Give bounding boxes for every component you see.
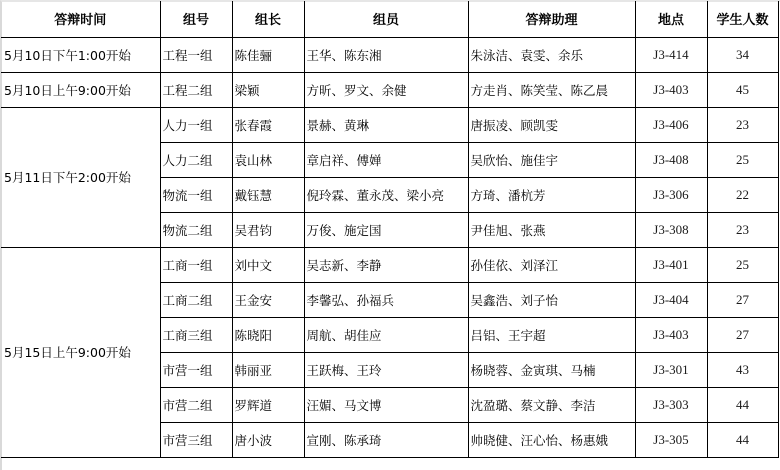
cell-location[interactable]: J3-301 xyxy=(635,352,707,387)
cell-members[interactable]: 景赫、黄琳 xyxy=(304,107,468,142)
cell-leader[interactable]: 王金安 xyxy=(232,282,304,317)
cell-location[interactable]: J3-401 xyxy=(635,247,707,282)
cell-time-merged[interactable]: 5月11日下午2:00开始 xyxy=(1,107,160,247)
cell-leader[interactable]: 戴钰慧 xyxy=(232,177,304,212)
cell-students[interactable]: 27 xyxy=(707,282,778,317)
cell-leader[interactable]: 梁颖 xyxy=(232,72,304,107)
cell-leader[interactable]: 韩丽亚 xyxy=(232,352,304,387)
cell-leader[interactable]: 袁山林 xyxy=(232,142,304,177)
cell-students[interactable]: 43 xyxy=(707,352,778,387)
cell-location[interactable]: J3-404 xyxy=(635,282,707,317)
cell-assistants[interactable]: 方琦、潘杭芳 xyxy=(468,177,635,212)
header-assistants[interactable]: 答辩助理 xyxy=(468,1,635,37)
table-row: 5月10日下午1:00开始 工程一组 陈佳骊 王华、陈东湘 朱泳洁、袁雯、余乐 … xyxy=(1,37,778,72)
cell-members[interactable]: 汪媚、马文博 xyxy=(304,387,468,422)
header-row: 答辩时间 组号 组长 组员 答辩助理 地点 学生人数 xyxy=(1,1,778,37)
cell-leader[interactable]: 唐小波 xyxy=(232,422,304,457)
cell-students[interactable]: 45 xyxy=(707,72,778,107)
cell-students[interactable]: 22 xyxy=(707,177,778,212)
cell-group[interactable]: 市营三组 xyxy=(160,422,232,457)
cell-location[interactable]: J3-303 xyxy=(635,387,707,422)
cell-time[interactable]: 5月10日下午1:00开始 xyxy=(1,37,160,72)
header-members[interactable]: 组员 xyxy=(304,1,468,37)
cell-members[interactable]: 王跃梅、王玲 xyxy=(304,352,468,387)
cell-students[interactable]: 44 xyxy=(707,422,778,457)
cell-location[interactable]: J3-308 xyxy=(635,212,707,247)
cell-group[interactable]: 工商三组 xyxy=(160,317,232,352)
defense-schedule-table: 答辩时间 组号 组长 组员 答辩助理 地点 学生人数 5月10日下午1:00开始… xyxy=(1,1,779,458)
cell-assistants[interactable]: 孙佳依、刘泽江 xyxy=(468,247,635,282)
cell-members[interactable]: 章启祥、傅婵 xyxy=(304,142,468,177)
cell-leader[interactable]: 陈晓阳 xyxy=(232,317,304,352)
cell-leader[interactable]: 刘中文 xyxy=(232,247,304,282)
table-row: 5月11日下午2:00开始 人力一组 张春霞 景赫、黄琳 唐振凌、顾凯雯 J3-… xyxy=(1,107,778,142)
cell-assistants[interactable]: 吴鑫浩、刘子怡 xyxy=(468,282,635,317)
cell-students[interactable]: 25 xyxy=(707,247,778,282)
cell-time-merged[interactable]: 5月15日上午9:00开始 xyxy=(1,247,160,457)
header-students[interactable]: 学生人数 xyxy=(707,1,778,37)
cell-members[interactable]: 万俊、施定国 xyxy=(304,212,468,247)
cell-assistants[interactable]: 沈盈璐、蔡文静、李洁 xyxy=(468,387,635,422)
cell-group[interactable]: 人力二组 xyxy=(160,142,232,177)
cell-group[interactable]: 物流二组 xyxy=(160,212,232,247)
cell-group[interactable]: 市营二组 xyxy=(160,387,232,422)
cell-location[interactable]: J3-406 xyxy=(635,107,707,142)
cell-assistants[interactable]: 方走肖、陈笑莹、陈乙晨 xyxy=(468,72,635,107)
cell-assistants[interactable]: 杨晓蓉、金寅琪、马楠 xyxy=(468,352,635,387)
table-row: 5月15日上午9:00开始 工商一组 刘中文 吴志新、李静 孙佳依、刘泽江 J3… xyxy=(1,247,778,282)
header-time[interactable]: 答辩时间 xyxy=(1,1,160,37)
cell-assistants[interactable]: 朱泳洁、袁雯、余乐 xyxy=(468,37,635,72)
cell-location[interactable]: J3-414 xyxy=(635,37,707,72)
cell-students[interactable]: 25 xyxy=(707,142,778,177)
cell-assistants[interactable]: 唐振凌、顾凯雯 xyxy=(468,107,635,142)
cell-members[interactable]: 倪玲霖、董永茂、梁小亮 xyxy=(304,177,468,212)
cell-members[interactable]: 李馨弘、孙福兵 xyxy=(304,282,468,317)
cell-location[interactable]: J3-305 xyxy=(635,422,707,457)
cell-students[interactable]: 27 xyxy=(707,317,778,352)
cell-location[interactable]: J3-403 xyxy=(635,72,707,107)
cell-group[interactable]: 物流一组 xyxy=(160,177,232,212)
cell-members[interactable]: 吴志新、李静 xyxy=(304,247,468,282)
cell-students[interactable]: 23 xyxy=(707,212,778,247)
cell-assistants[interactable]: 吕铝、王宇超 xyxy=(468,317,635,352)
cell-group[interactable]: 市营一组 xyxy=(160,352,232,387)
cell-location[interactable]: J3-403 xyxy=(635,317,707,352)
cell-location[interactable]: J3-306 xyxy=(635,177,707,212)
cell-leader[interactable]: 陈佳骊 xyxy=(232,37,304,72)
cell-members[interactable]: 宣刚、陈承琦 xyxy=(304,422,468,457)
cell-students[interactable]: 34 xyxy=(707,37,778,72)
cell-group[interactable]: 人力一组 xyxy=(160,107,232,142)
cell-group[interactable]: 工程一组 xyxy=(160,37,232,72)
cell-leader[interactable]: 罗辉道 xyxy=(232,387,304,422)
cell-students[interactable]: 23 xyxy=(707,107,778,142)
cell-leader[interactable]: 张春霞 xyxy=(232,107,304,142)
cell-time[interactable]: 5月10日上午9:00开始 xyxy=(1,72,160,107)
cell-students[interactable]: 44 xyxy=(707,387,778,422)
header-group[interactable]: 组号 xyxy=(160,1,232,37)
header-location[interactable]: 地点 xyxy=(635,1,707,37)
cell-location[interactable]: J3-408 xyxy=(635,142,707,177)
cell-assistants[interactable]: 帅晓健、汪心怡、杨惠娥 xyxy=(468,422,635,457)
header-leader[interactable]: 组长 xyxy=(232,1,304,37)
cell-members[interactable]: 周航、胡佳应 xyxy=(304,317,468,352)
cell-leader[interactable]: 吴君钧 xyxy=(232,212,304,247)
cell-assistants[interactable]: 吴欣怡、施佳宇 xyxy=(468,142,635,177)
cell-group[interactable]: 工商二组 xyxy=(160,282,232,317)
cell-group[interactable]: 工商一组 xyxy=(160,247,232,282)
table-row: 5月10日上午9:00开始 工程二组 梁颖 方昕、罗文、余健 方走肖、陈笑莹、陈… xyxy=(1,72,778,107)
cell-assistants[interactable]: 尹佳旭、张燕 xyxy=(468,212,635,247)
cell-group[interactable]: 工程二组 xyxy=(160,72,232,107)
cell-members[interactable]: 方昕、罗文、余健 xyxy=(304,72,468,107)
cell-members[interactable]: 王华、陈东湘 xyxy=(304,37,468,72)
